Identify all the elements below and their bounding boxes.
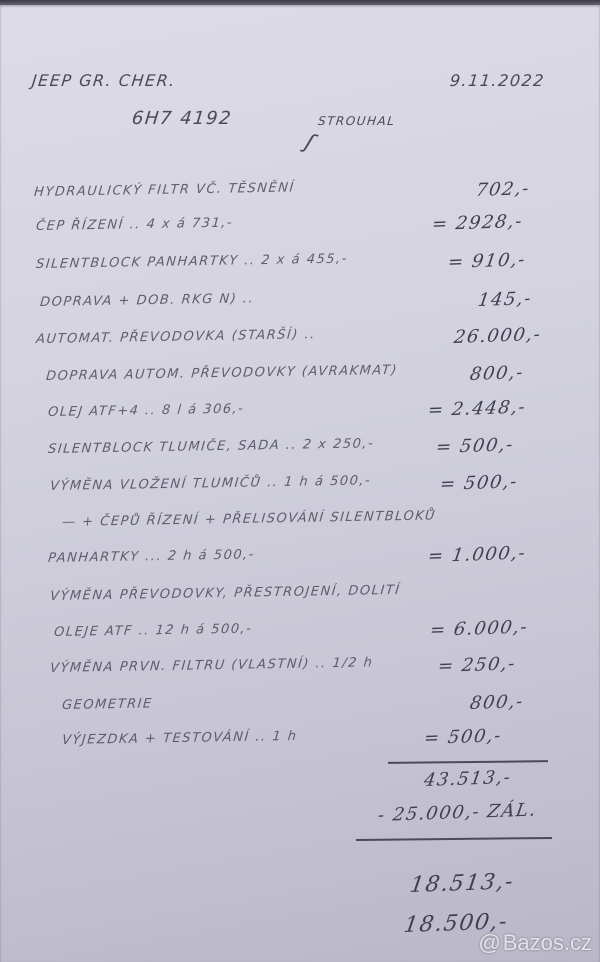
vehicle-name: JEEP GR. CHER. [31, 71, 177, 90]
signature: STROUHAL [317, 114, 396, 128]
balance-amount: 18.513,- [408, 869, 516, 898]
item-description: GEOMETRIE [61, 696, 153, 713]
bazos-watermark: @Bazos.cz [478, 930, 592, 956]
subtotal: 43.513,- [423, 767, 513, 791]
paper-sheet: JEEP GR. CHER. 9.11.2022 6H7 4192 STROUH… [0, 5, 600, 962]
invoice-date: 9.11.2022 [449, 71, 546, 90]
item-amount: = 250,- [437, 653, 518, 677]
sum-rule [388, 760, 548, 763]
item-amount: = 6.000,- [429, 617, 530, 641]
item-amount: 702,- [475, 178, 532, 201]
item-amount: = 500,- [435, 434, 516, 458]
item-description: DOPRAVA AUTOM. PŘEVODOVKY (AVRAKMAT) [45, 363, 398, 384]
item-amount: 800,- [469, 362, 526, 385]
item-description: SILENTBLOCK TLUMIČE, SADA .. 2 x 250,- [47, 436, 375, 457]
item-amount: = 500,- [439, 471, 520, 495]
signature-flourish: ʃ [302, 130, 319, 157]
item-amount: = 910,- [447, 249, 528, 273]
item-description: VÝMĚNA PRVN. FILTRU (VLASTNÍ) .. 1/2 h [49, 655, 374, 676]
item-description: AUTOMAT. PŘEVODOVKA (STARŠÍ) .. [35, 327, 316, 347]
item-description: PANHARTKY ... 2 h á 500,- [47, 547, 255, 566]
item-description: OLEJ ATF+4 .. 8 l á 306,- [47, 402, 245, 420]
item-description: VÝJEZDKA + TESTOVÁNÍ .. 1 h [61, 729, 298, 748]
item-description: SILENTBLOCK PANHARTKY .. 2 x á 455,- [35, 252, 348, 272]
item-amount: 26.000,- [453, 324, 543, 348]
item-description: ČEP ŘÍZENÍ .. 4 x á 731,- [35, 216, 233, 234]
item-description: DOPRAVA + DOB. RKG N) .. [39, 291, 254, 310]
item-description: VÝMĚNA VLOŽENÍ TLUMIČŮ .. 1 h á 500,- [49, 473, 372, 494]
item-amount: 145,- [477, 288, 534, 311]
watermark-text: Bazos.cz [503, 930, 592, 955]
item-description: OLEJE ATF .. 12 h á 500,- [53, 622, 253, 640]
item-amount: = 2.448,- [427, 397, 528, 421]
deposit-deduction: - 25.000,- ZÁL. [377, 799, 539, 826]
item-amount: 800,- [469, 691, 526, 714]
item-amount: = 500,- [423, 725, 504, 749]
item-description: HYDRAULICKÝ FILTR VČ. TĚSNĚNÍ [33, 180, 295, 200]
item-description: VÝMĚNA PŘEVODOVKY, PŘESTROJENÍ, DOLITÍ [49, 583, 401, 604]
balance-rule [356, 837, 552, 841]
copyright-at-icon: @ [478, 930, 500, 956]
item-amount: = 2928,- [431, 211, 525, 235]
license-plate: 6H7 4192 [131, 108, 233, 129]
item-amount: = 1.000,- [427, 543, 528, 567]
item-description: — + ČEPŮ ŘÍZENÍ + PŘELISOVÁNÍ SILENTBLOK… [61, 508, 436, 530]
